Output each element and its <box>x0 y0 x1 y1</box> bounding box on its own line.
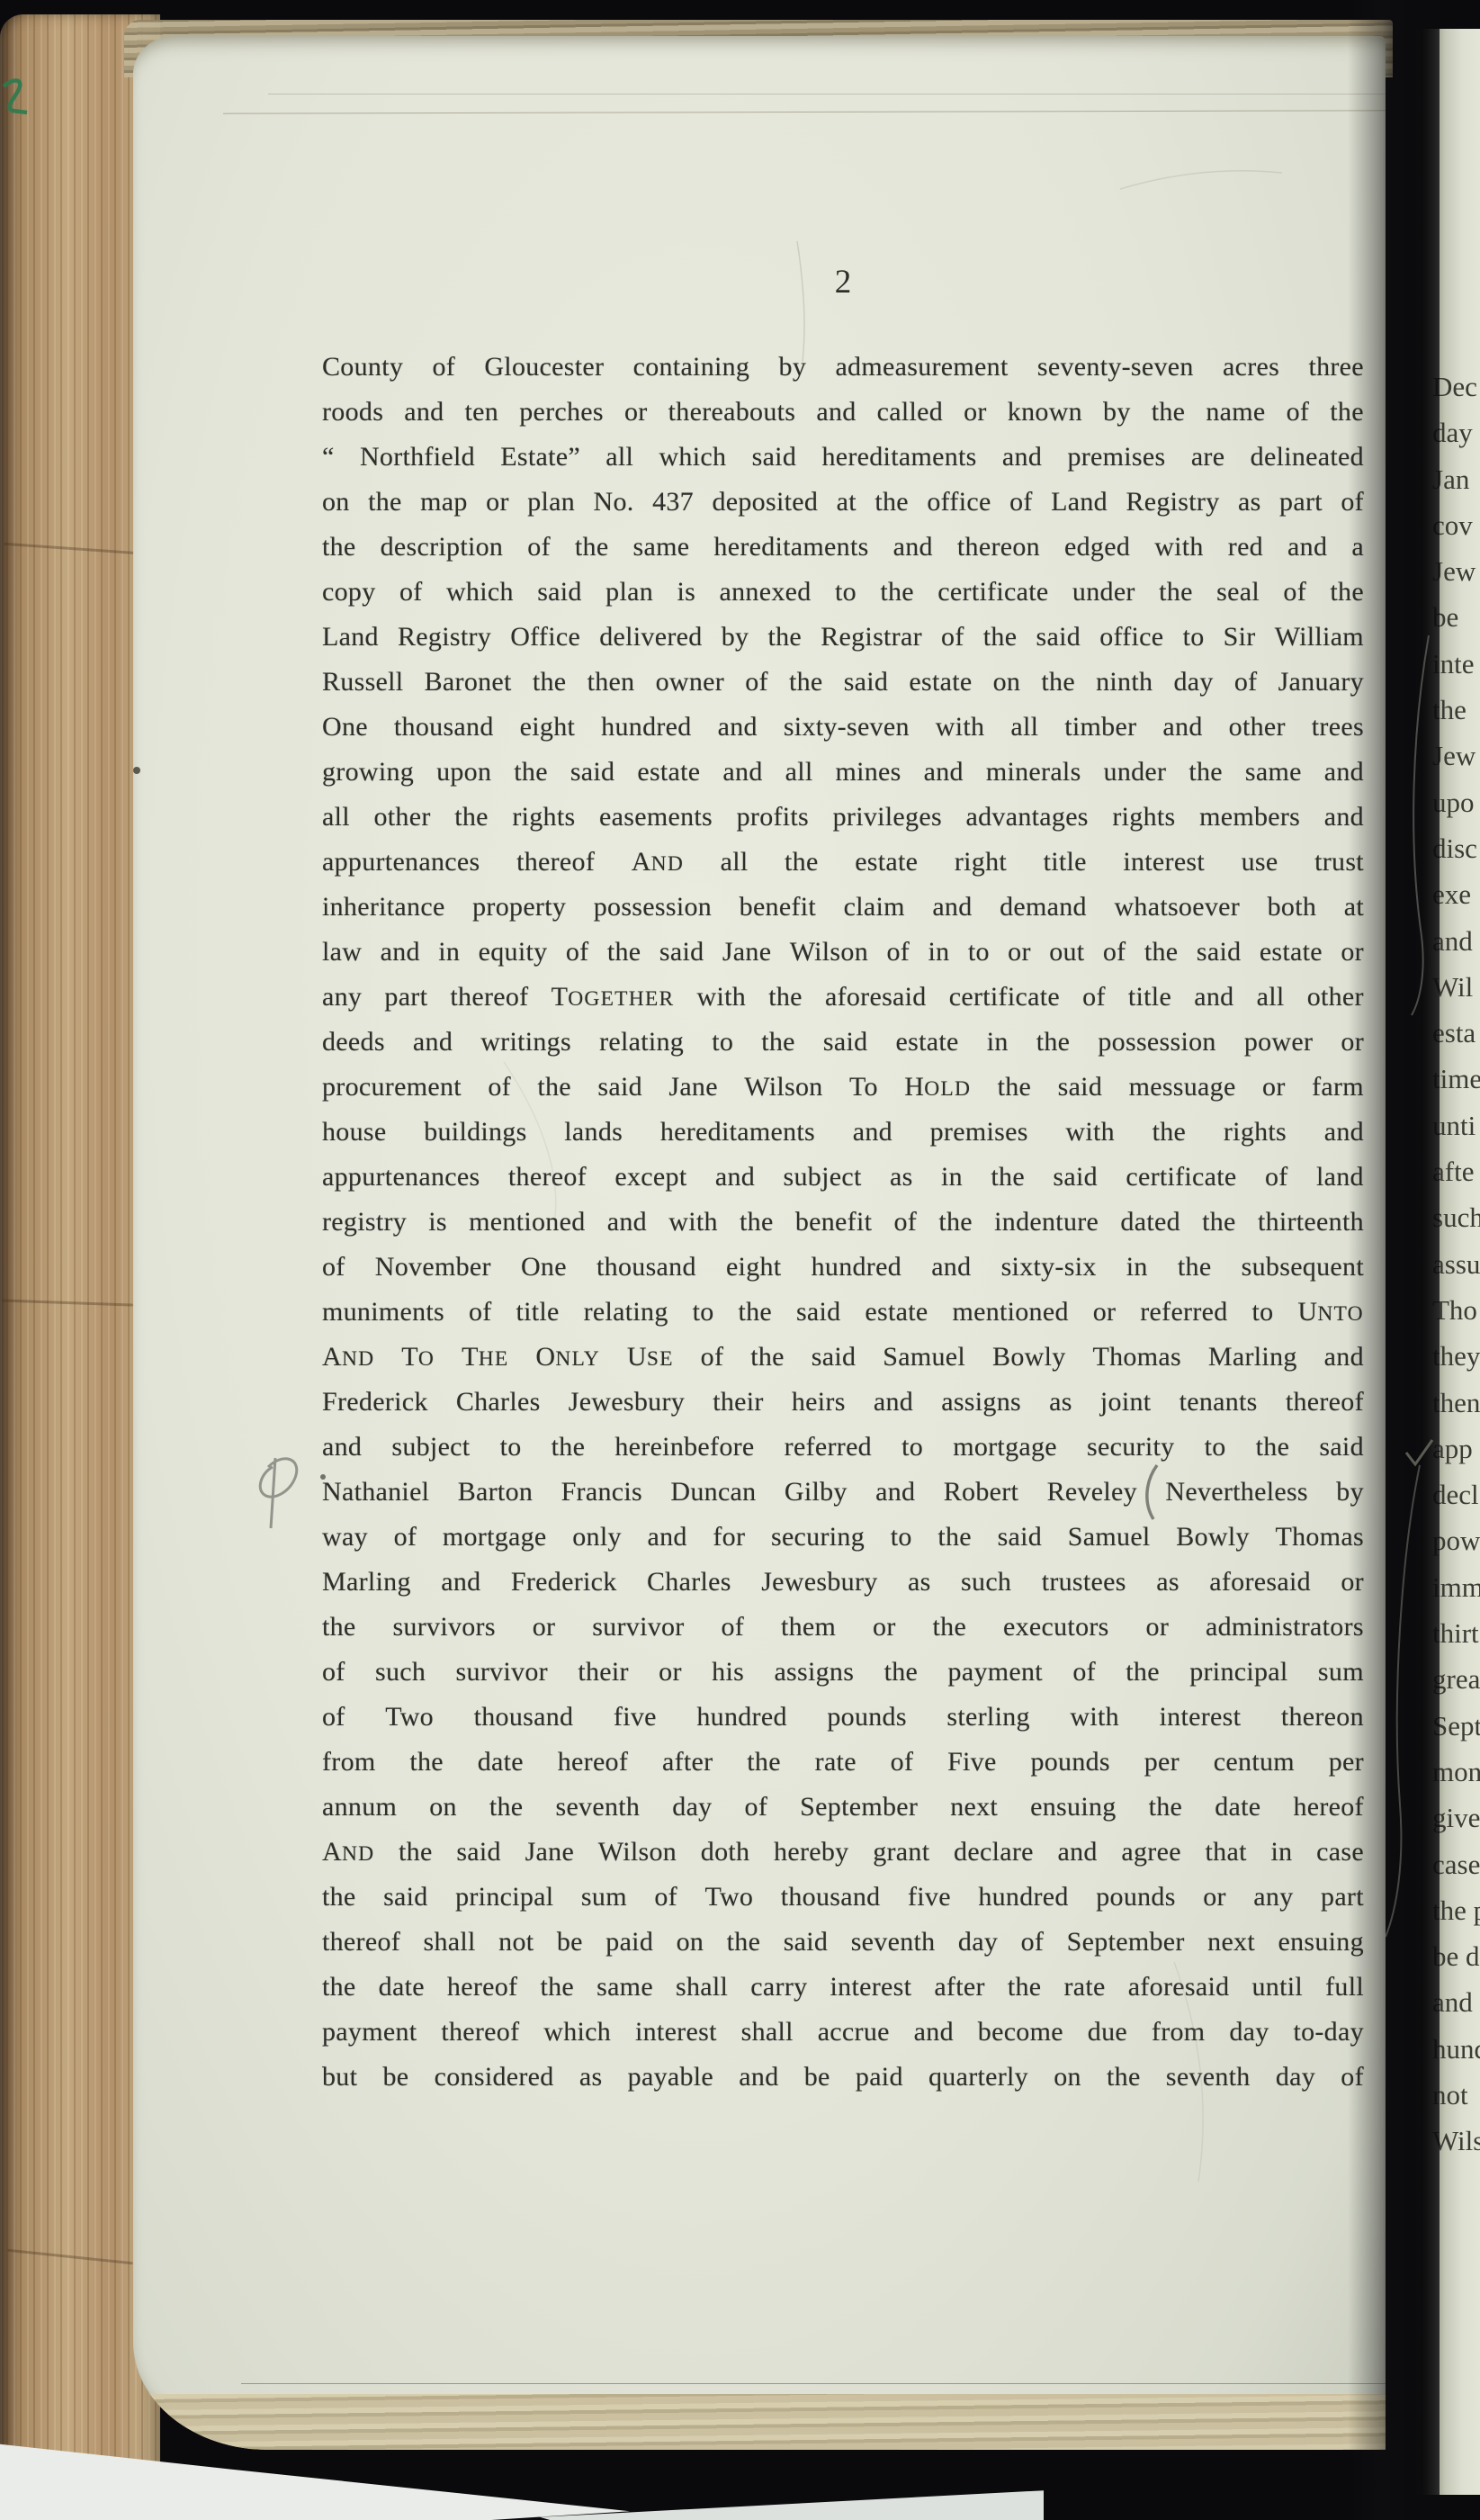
facing-text-fragment: and <box>1432 1979 1480 2025</box>
bottom-leaf-edges <box>146 2394 1386 2450</box>
text-line: thesaidprincipalsumofTwothousandfivehund… <box>322 1875 1364 1920</box>
loose-paper-bottom-center <box>540 2484 1044 2520</box>
text-line: MarlingandFrederickCharlesJewesburyassuc… <box>322 1560 1364 1605</box>
facing-text-fragment: pow <box>1432 1517 1480 1563</box>
facing-text-fragment: Jan <box>1432 456 1480 502</box>
facing-text-fragment: disc <box>1432 825 1480 871</box>
facing-text-fragment: day <box>1432 409 1480 455</box>
text-line: ofsuchsurvivortheirorhisassignsthepaymen… <box>322 1650 1364 1695</box>
text-line: RussellBaronetthethenownerofthesaidestat… <box>322 660 1364 705</box>
text-line: fromthedatehereofaftertherateofFivepound… <box>322 1740 1364 1785</box>
facing-text-fragment: not <box>1432 2072 1480 2118</box>
facing-text-fragment: hund <box>1432 2026 1480 2072</box>
facing-text-fragment: Jew <box>1432 733 1480 778</box>
text-line: annumontheseventhdayofSeptembernextensui… <box>322 1785 1364 1830</box>
text-line: roodsandtenperchesorthereaboutsandcalled… <box>322 390 1364 435</box>
facing-text-fragment: be <box>1432 594 1480 640</box>
text-line: andsubjecttothehereinbeforereferredtomor… <box>322 1425 1364 1470</box>
facing-text-fragment: grea <box>1432 1656 1480 1702</box>
text-line: anypartthereofTOGETHERwiththeaforesaidce… <box>322 975 1364 1020</box>
facing-text-fragment: case <box>1432 1841 1480 1887</box>
text-line: housebuildingslandshereditamentsandpremi… <box>322 1110 1364 1155</box>
book-page-photo: DecdayJancovJewbeintetheJewupodiscexeand… <box>0 0 1480 2520</box>
facing-page: DecdayJancovJewbeintetheJewupodiscexeand… <box>1416 29 1480 2495</box>
facing-text-fragment: esta <box>1432 1010 1480 1056</box>
facing-text-fragment: they <box>1432 1333 1480 1379</box>
text-line: thedescriptionofthesamehereditamentsandt… <box>322 525 1364 570</box>
facing-text-fragment: the <box>1432 687 1480 733</box>
facing-text-fragment: assu <box>1432 1241 1480 1287</box>
facing-text-fragment: mon <box>1432 1749 1480 1795</box>
text-line: NathanielBartonFrancisDuncanGilbyandRobe… <box>322 1470 1364 1515</box>
text-line: registryismentionedandwiththebenefitofth… <box>322 1200 1364 1245</box>
facing-text-fragment: decl <box>1432 1471 1480 1517</box>
facing-text-fragment: time <box>1432 1056 1480 1102</box>
text-line: deedsandwritingsrelatingtothesaidestatei… <box>322 1020 1364 1065</box>
text-line: thesurvivorsorsurvivorofthemortheexecuto… <box>322 1605 1364 1650</box>
page-bottom-edge-line <box>241 2383 1386 2384</box>
fore-edge-crease <box>2 1299 133 1306</box>
text-line: appurtenancesthereofexceptandsubjectasin… <box>322 1155 1364 1200</box>
facing-text-fragment: Wil <box>1432 964 1480 1010</box>
facing-text-fragment: Wils <box>1432 2118 1480 2164</box>
text-line: ofNovemberOnethousandeighthundredandsixt… <box>322 1245 1364 1290</box>
text-line: growinguponthesaidestateandallminesandmi… <box>322 750 1364 795</box>
document-text: CountyofGloucestercontainingbyadmeasurem… <box>322 345 1364 2100</box>
page-number: 2 <box>322 263 1364 301</box>
fore-edge-crease <box>7 2249 133 2265</box>
facing-text-fragment: Sept <box>1432 1703 1480 1749</box>
text-line: paymentthereofwhichinterestshallaccruean… <box>322 2010 1364 2055</box>
facing-text-fragment: afte <box>1432 1148 1480 1194</box>
text-line: ANDTOTHEONLYUSEofthesaidSamuelBowlyThoma… <box>322 1335 1364 1380</box>
facing-text-fragment: such <box>1432 1194 1480 1240</box>
pencil-curve-mark-lower <box>1386 1465 1420 1937</box>
page-top-edge-line <box>268 94 1386 94</box>
text-line: allothertherightseasementsprofitsprivile… <box>322 795 1364 840</box>
facing-text-fragment: exe <box>1432 871 1480 917</box>
text-line: “NorthfieldEstate”allwhichsaidhereditame… <box>322 435 1364 480</box>
facing-text-fragment: be d <box>1432 1933 1480 1979</box>
text-line: FrederickCharlesJewesburytheirheirsandas… <box>322 1380 1364 1425</box>
page-top-edge-line <box>223 110 1386 113</box>
facing-text-fragment: app <box>1432 1426 1480 1471</box>
text-line: ofTwothousandfivehundredpoundssterlingwi… <box>322 1695 1364 1740</box>
facing-text-fragment: then <box>1432 1380 1480 1426</box>
text-line: procurementofthesaidJaneWilsonToHOLDthes… <box>322 1065 1364 1110</box>
text-line: inheritancepropertypossessionbenefitclai… <box>322 885 1364 930</box>
text-line: butbeconsideredaspayableandbepaidquarter… <box>322 2055 1364 2100</box>
text-line: appurtenancesthereofANDalltheestateright… <box>322 840 1364 885</box>
facing-text-fragment: upo <box>1432 779 1480 825</box>
facing-text-fragment: and <box>1432 918 1480 964</box>
text-line: wayofmortgageonlyandforsecuringtothesaid… <box>322 1515 1364 1560</box>
text-line: thereofshallnotbepaidonthesaidseventhday… <box>322 1920 1364 1965</box>
facing-text-fragment: thirt <box>1432 1610 1480 1656</box>
text-line: ANDthesaidJaneWilsondothherebygrantdecla… <box>322 1830 1364 1875</box>
left-page: 2 CountyofGloucestercontainingbyadmeasur… <box>133 36 1386 2450</box>
facing-page-text: DecdayJancovJewbeintetheJewupodiscexeand… <box>1432 364 1480 2164</box>
facing-text-fragment: imm <box>1432 1564 1480 1610</box>
facing-text-fragment: Jew <box>1432 548 1480 594</box>
facing-text-fragment: unti <box>1432 1102 1480 1148</box>
facing-text-fragment: the p <box>1432 1887 1480 1933</box>
facing-text-fragment: Dec <box>1432 364 1480 409</box>
text-line: CountyofGloucestercontainingbyadmeasurem… <box>322 345 1364 390</box>
text-line: LandRegistryOfficedeliveredbytheRegistra… <box>322 615 1364 660</box>
facing-text-fragment: give <box>1432 1795 1480 1840</box>
text-line: munimentsoftitlerelatingtothesaidestatem… <box>322 1290 1364 1335</box>
text-line: onthemaporplanNo.437depositedattheoffice… <box>322 480 1364 525</box>
fore-edge-crease <box>4 543 139 554</box>
facing-text-fragment: inte <box>1432 641 1480 687</box>
facing-text-fragment: Tho <box>1432 1287 1480 1333</box>
text-line: thedatehereofthesameshallcarryinterestaf… <box>322 1965 1364 2010</box>
facing-text-fragment: cov <box>1432 502 1480 548</box>
text-line: Onethousandeighthundredandsixty-sevenwit… <box>322 705 1364 750</box>
text-line: lawandinequityofthesaidJaneWilsonofintoo… <box>322 930 1364 975</box>
text-line: copyofwhichsaidplanisannexedtothecertifi… <box>322 570 1364 615</box>
